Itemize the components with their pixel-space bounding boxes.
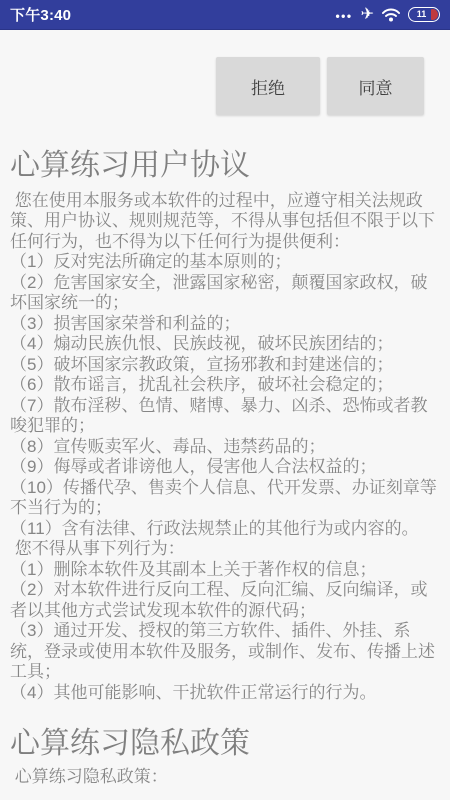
status-icons: ••• ✈ 11 xyxy=(335,7,440,23)
agreement-item: （4）其他可能影响、干扰软件正常运行的行为。 xyxy=(0,683,450,704)
battery-percent: 11 xyxy=(417,10,427,19)
agreement-scroll-area[interactable]: 拒绝 同意 心算练习用户协议 您在使用本服务或本软件的过程中，应遵守相关法规政策… xyxy=(0,57,450,787)
battery-icon: 11 xyxy=(408,7,440,22)
agreement-item: （4）煽动民族仇恨、民族歧视，破坏民族团结的； xyxy=(0,334,450,355)
agreement-item: （8）宣传贩卖军火、毒品、违禁药品的； xyxy=(0,437,450,458)
status-time: 下午3:40 xyxy=(10,4,71,25)
reject-button[interactable]: 拒绝 xyxy=(216,57,320,115)
privacy-lead: 心算练习隐私政策： xyxy=(0,767,450,788)
agreement-item: （2）对本软件进行反向工程、反向汇编、反向编译，或者以其他方式尝试发现本软件的源… xyxy=(0,580,450,621)
agreement-item: （3）通过开发、授权的第三方软件、插件、外挂、系统，登录或使用本软件及服务，或制… xyxy=(0,621,450,683)
battery-level-bar xyxy=(431,9,438,20)
conduct-lead: 您不得从事下列行为： xyxy=(0,539,450,560)
agreement-item: （5）破坏国家宗教政策，宣扬邪教和封建迷信的； xyxy=(0,355,450,376)
agreement-item: （11）含有法律、行政法规禁止的其他行为或内容的。 xyxy=(0,519,450,540)
privacy-title: 心算练习隐私政策 xyxy=(10,725,440,763)
consent-button-row: 拒绝 同意 xyxy=(0,57,450,115)
agreement-item: （1）反对宪法所确定的基本原则的； xyxy=(0,252,450,273)
agree-button[interactable]: 同意 xyxy=(327,57,424,115)
more-notifications-icon: ••• xyxy=(335,7,352,22)
agreement-item: （3）损害国家荣誉和利益的； xyxy=(0,314,450,335)
agreement-item: （1）删除本软件及其副本上关于著作权的信息； xyxy=(0,560,450,581)
agreement-intro: 您在使用本服务或本软件的过程中，应遵守相关法规政策、用户协议、规则规范等，不得从… xyxy=(0,191,450,253)
wifi-icon xyxy=(382,8,400,22)
agreement-item: （6）散布谣言，扰乱社会秩序，破坏社会稳定的； xyxy=(0,375,450,396)
airplane-mode-icon: ✈ xyxy=(361,7,374,23)
status-bar: 下午3:40 ••• ✈ 11 xyxy=(0,0,450,30)
agreement-title: 心算练习用户协议 xyxy=(10,147,440,185)
agreement-item: （7）散布淫秽、色情、赌博、暴力、凶杀、恐怖或者教唆犯罪的； xyxy=(0,396,450,437)
agreement-item: （9）侮辱或者诽谤他人，侵害他人合法权益的； xyxy=(0,457,450,478)
agreement-item: （10）传播代孕、售卖个人信息、代开发票、办证刻章等不当行为的； xyxy=(0,478,450,519)
agreement-item: （2）危害国家安全，泄露国家秘密，颠覆国家政权，破坏国家统一的； xyxy=(0,273,450,314)
prohibited-items-list: （1）反对宪法所确定的基本原则的；（2）危害国家安全，泄露国家秘密，颠覆国家政权… xyxy=(0,252,450,539)
conduct-items-list: （1）删除本软件及其副本上关于著作权的信息；（2）对本软件进行反向工程、反向汇编… xyxy=(0,560,450,704)
app-screen: { "status_bar": { "time": "下午3:40", "mor… xyxy=(0,0,450,800)
